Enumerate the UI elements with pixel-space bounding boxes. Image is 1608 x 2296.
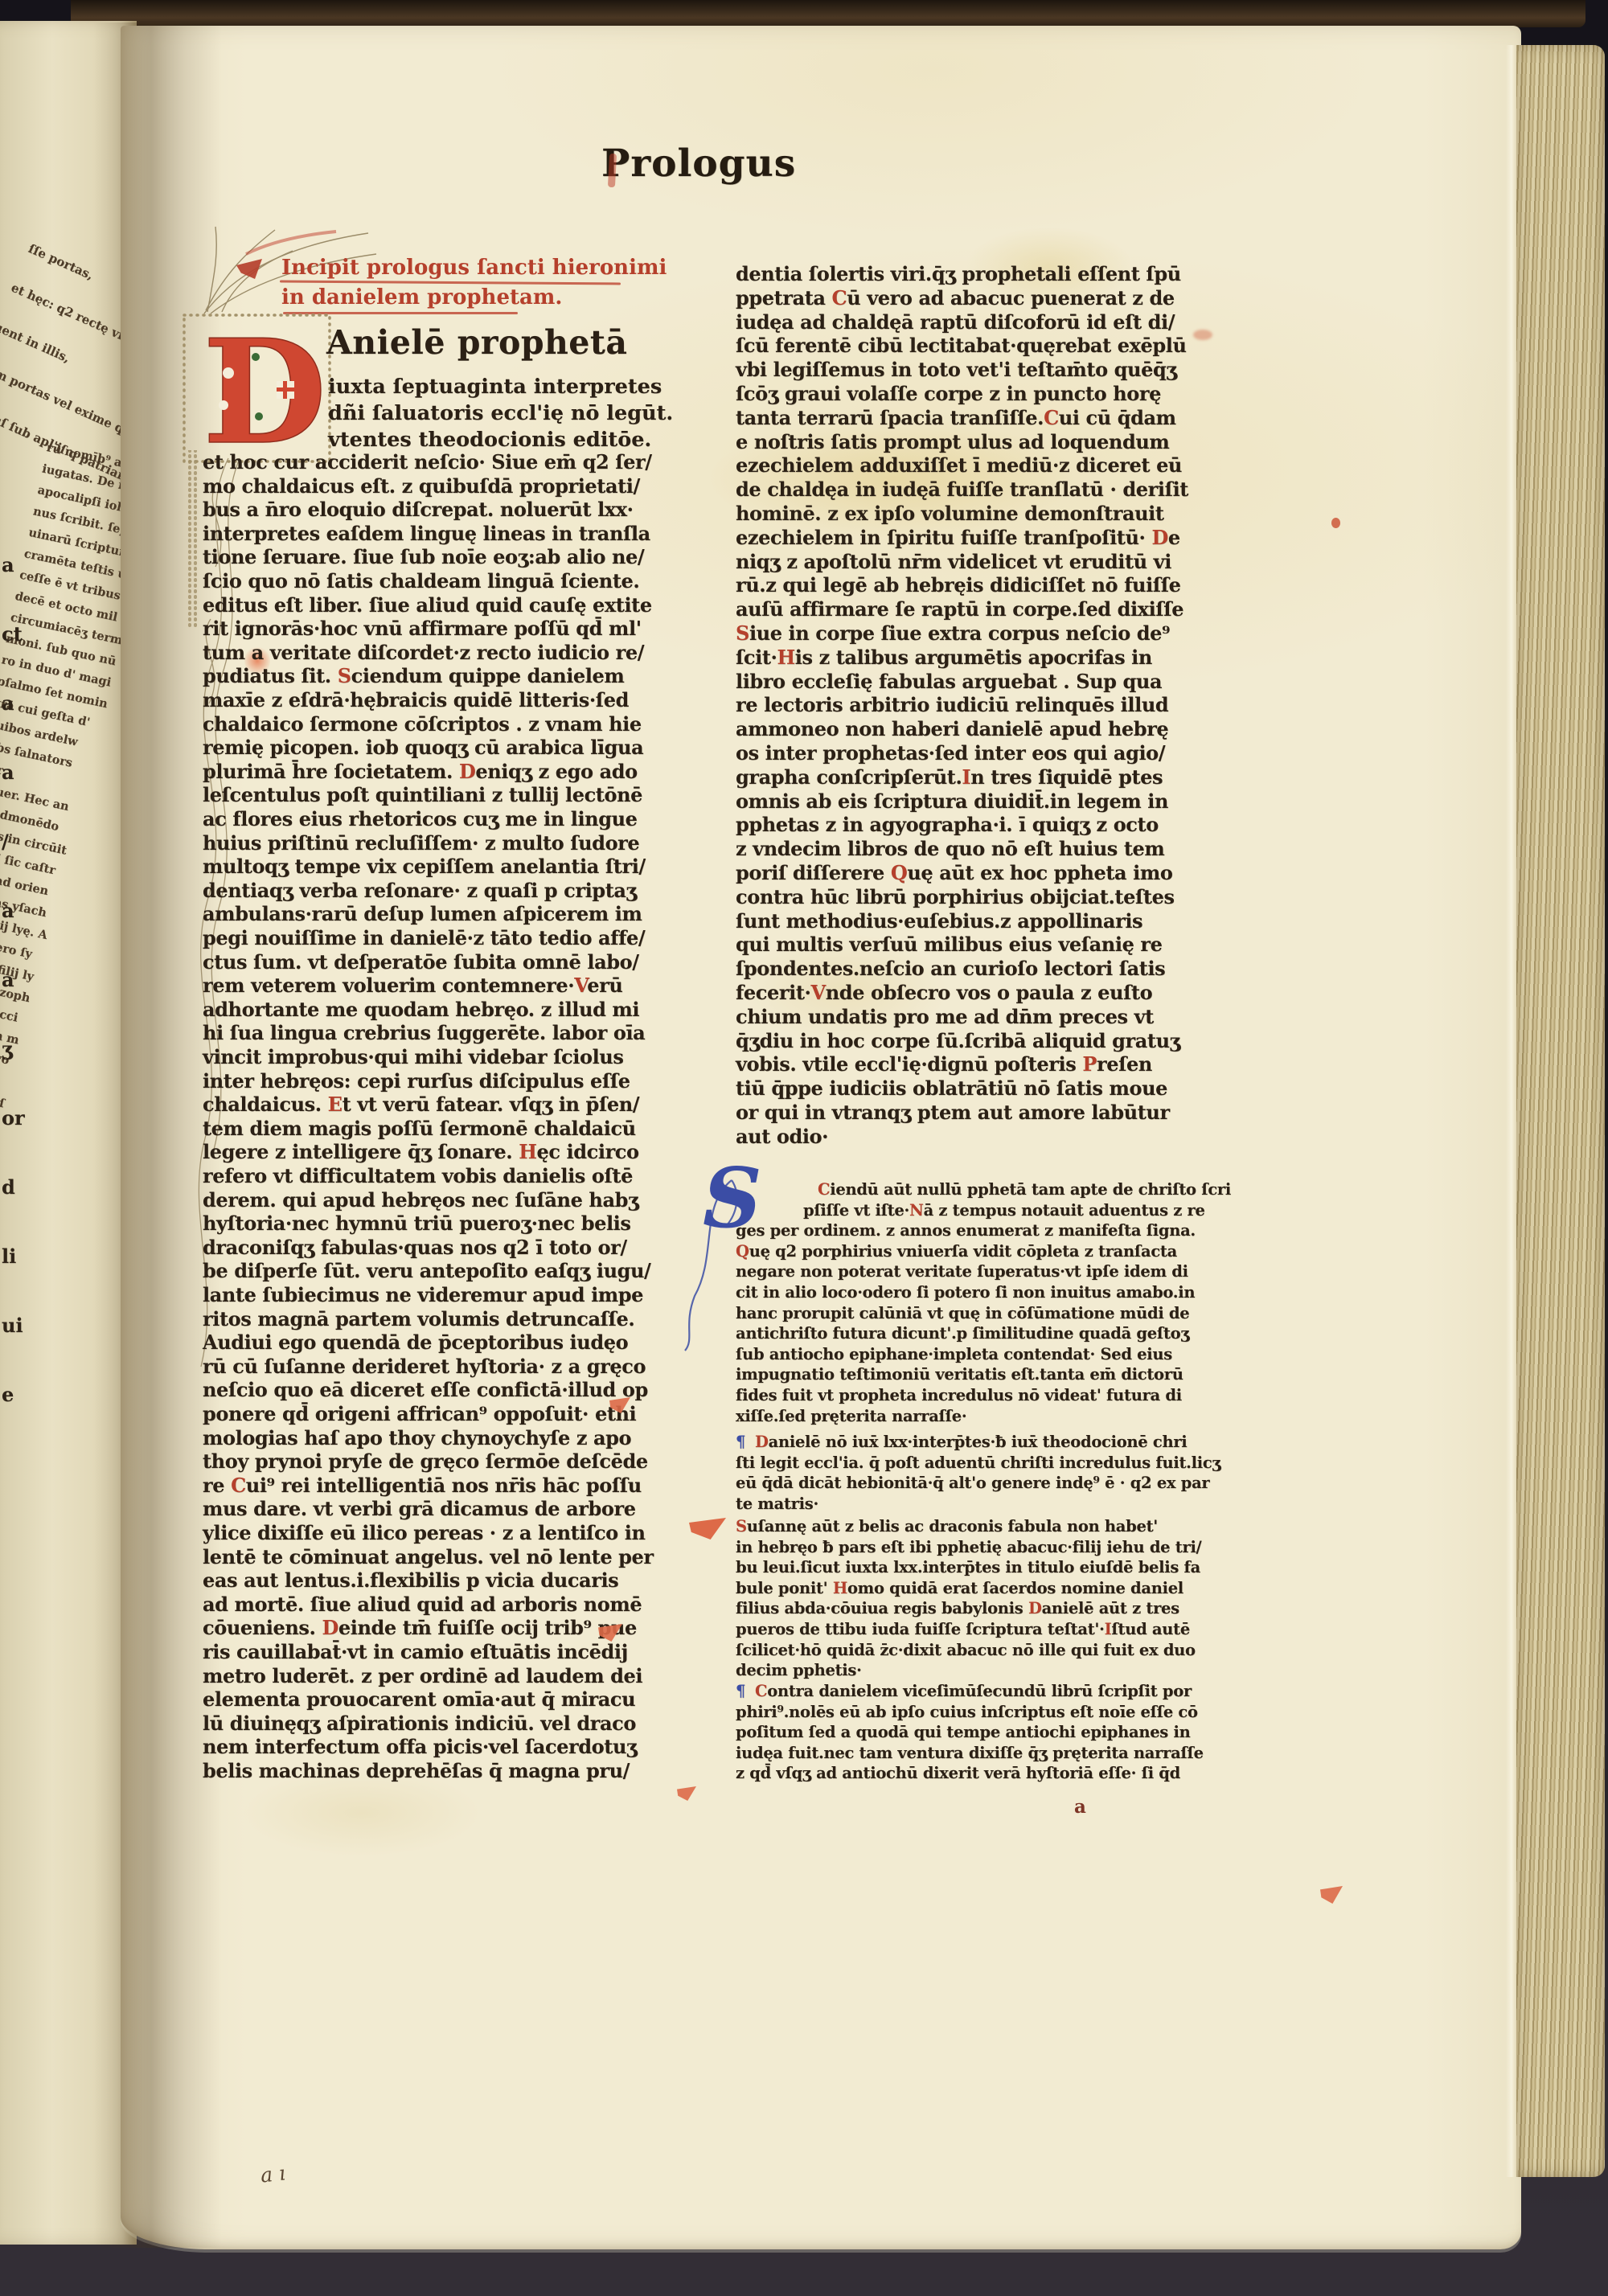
- rubricated-letter: S: [736, 1517, 747, 1535]
- text-line: tanta terrarū ſpacia tranſiſſe.Cui cū q̄…: [736, 406, 1176, 429]
- rubricated-letter: I: [962, 765, 970, 789]
- text-line: in hebręo ƀ pars eſt ibi pphetię abacuc·…: [736, 1538, 1201, 1556]
- text-line: ammoneo non haberi danielē apud hebrę: [736, 717, 1168, 740]
- rubricated-letter: S: [338, 664, 351, 687]
- opening-line: iuxta ſeptuaginta interpretes: [328, 375, 662, 399]
- text-line: re lectoris arbitrio iudiciū relinquēs i…: [736, 693, 1168, 716]
- text-line: ſcū ferentē cibū lectitabat·quęrebat exē…: [736, 334, 1187, 357]
- text-line: omnis ab eis ſcriptura diuidit̄.in legem…: [736, 789, 1168, 813]
- text-line: hyſtoria·nec hymnū triū pueroʒ·nec belis: [203, 1212, 631, 1235]
- text-line: Siue in corpe ſiue extra corpus neſcio d…: [736, 621, 1170, 645]
- text-line: pphetas z in agyographa·i. ī quiqʒ z oct…: [736, 813, 1159, 836]
- text-line: li: [2, 1244, 16, 1268]
- text-line: bus a n̄ro eloquio diſcrepat. noluerūt l…: [203, 498, 634, 521]
- text-line: os inter prophetas·ſed inter eos qui agi…: [736, 741, 1165, 765]
- rubricated-letter: Q: [736, 1242, 749, 1261]
- text-line: et hęc: q2 rectę vig dōni rū: [9, 280, 137, 367]
- text-line: vincit improbus·qui mihi videbar ſciolus: [203, 1045, 623, 1068]
- incipit-rubric-line1: Incipit prologus ſancti hieronimi: [281, 256, 667, 280]
- text-line: a: [2, 691, 14, 715]
- text-line: et hoc cur acciderit neſcio· Siue em̄ q2…: [203, 450, 652, 474]
- text-line: rū cū ſuſanne derideret hyſtoria· z a gr…: [203, 1355, 646, 1378]
- text-line: poriſ diſſerere Quę aūt ex hoc ppheta im…: [736, 861, 1172, 884]
- fore-edge-page-stack: [1515, 45, 1605, 2177]
- rubricated-letter: D: [322, 1616, 338, 1639]
- text-line: multoqʒ tempe vix cepiſſem anelantia ſtr…: [203, 855, 646, 878]
- text-line: chaldaico ſermone cōſcriptos . z vnam hi…: [203, 712, 642, 736]
- text-line: plurimā h̄re ſocietatem. Deniqʒ z ego ad…: [203, 760, 638, 783]
- text-line: d: [2, 1175, 15, 1199]
- text-line: ezechielem adduxiſſet ī mediū·z diceret …: [736, 453, 1182, 477]
- text-line: lū diuinęqʒ aſpirationis indiciū. vel dr…: [203, 1712, 636, 1735]
- text-line: auſū affirmare ſe raptū in corpe.ſed dix…: [736, 597, 1183, 621]
- text-line: mus dare. vt verbi grā dicamus de arbore: [203, 1497, 636, 1520]
- text-line: legere z intelligere q̄ʒ ſonare. Hęc idc…: [203, 1140, 639, 1163]
- text-line: uent in illis,: [0, 319, 72, 366]
- text-line: ambulans·rarū deſup lumen aſpicerem im: [203, 902, 642, 925]
- rubricated-letter: H: [777, 646, 795, 669]
- rubricated-letter: C: [231, 1474, 246, 1497]
- opening-line: dñi ſaluatoris eccl'ię nō legūt.: [328, 401, 673, 425]
- text-line: ritos magnā partem volumis detruncaſſe.: [203, 1307, 634, 1330]
- text-line: de chaldęa in iudęā fuiſſe tranſlatū · d…: [736, 478, 1188, 501]
- text-line: impugnatio teſtimoniū veritatis eſt.tant…: [736, 1365, 1183, 1384]
- text-line: tione ſeruare. ſiue ſub noīe eoʒ:ab alio…: [203, 545, 644, 568]
- text-line: tiū q̄ppe iudiciis oblatrātiū nō ſatis m…: [736, 1076, 1167, 1100]
- text-line: contra hūc librū porphirius obijciat.teſ…: [736, 885, 1175, 908]
- text-line: q̄ʒdiu in hoc corpe ſū.ſcribā aliquid gr…: [736, 1029, 1180, 1052]
- text-line: ſpondentes.neſcio an curioſo lectori ſat…: [736, 957, 1165, 980]
- text-line: ad mortē. ſiue aliud quid ad arboris nom…: [203, 1593, 642, 1616]
- text-line: Quę q2 porphirius vniuerſa vidit cōpleta…: [736, 1242, 1177, 1261]
- text-line: te matris·: [736, 1494, 818, 1513]
- text-line: chaldaicus. Et vt verū fatear. vſqʒ in p…: [203, 1093, 639, 1116]
- text-line: re Cui⁹ rei intelligentiā nos nr̄is hāc …: [203, 1474, 642, 1497]
- text-line: fecerit·Vnde obſecro vos o paula z euſto: [736, 981, 1152, 1004]
- text-line: neſcio quo eā diceret eſſe confictā·illu…: [203, 1378, 648, 1401]
- text-line: nem interfectum offa picis·vel ſacerdotu…: [203, 1735, 637, 1758]
- text-line: phiri⁹.nolēs eū ab ipſo cuius inſcriptus…: [736, 1703, 1198, 1721]
- text-line: a: [2, 968, 14, 991]
- pilcrow-icon: ¶: [736, 1682, 755, 1700]
- text-line: ponere qd̄ origeni affrican⁹ oppoſuit· e…: [203, 1402, 636, 1425]
- text-line: dentiaqʒ verba reſonare· z quaſi p cript…: [203, 879, 637, 902]
- rubricated-letter: H: [833, 1579, 847, 1597]
- text-line: vobis. vtile eccl'ię·dignū poſteris Preſ…: [736, 1052, 1152, 1076]
- opening-line: vtentes theodocionis editōe.: [328, 428, 651, 452]
- text-line: tem diem magis poſſū ſermonē chaldaicū: [203, 1117, 636, 1140]
- text-line: draconiſqʒ fabulas·quas nos q2 ī toto or…: [203, 1236, 627, 1259]
- text-line: mo chaldaicus eſt. z quibuſdā proprietat…: [203, 474, 640, 498]
- text-line: Suſannę aūt z belis ac draconis fabula n…: [736, 1517, 1158, 1535]
- rubricated-letter: E: [328, 1093, 343, 1116]
- text-line: qui multis verſuū milibus eius veſanię r…: [736, 933, 1163, 956]
- text-line: ſcōʒ graui volaſſe corpe z in puncto hor…: [736, 382, 1161, 405]
- rubricated-letter: D: [755, 1433, 769, 1451]
- text-line: ges per ordinem. z annos enumerat z mani…: [736, 1221, 1196, 1240]
- text-line: metro luderēt. z per ordinē ad laudem de…: [203, 1664, 642, 1687]
- rubricated-letter: P: [1082, 1052, 1097, 1076]
- text-line: decim pphetis·: [736, 1661, 862, 1679]
- text-line: ſcit·His z talibus argumētis apocrifas i…: [736, 646, 1152, 669]
- text-line: rem veterem voluerim contemnere·Verū: [203, 974, 622, 997]
- text-line: a: [2, 899, 14, 922]
- rubricated-letter: V: [574, 974, 587, 997]
- text-line: e: [2, 1383, 14, 1406]
- text-line: libro eccleſię fabulas arguebat . Sup qu…: [736, 670, 1162, 693]
- text-line: ylice dixiſſe eū ilico pereas · z a lent…: [203, 1521, 646, 1544]
- rubricated-letter: N: [909, 1201, 924, 1220]
- text-line: huius priſtinū recluſiſſem· z multo ſudo…: [203, 831, 639, 855]
- rubricated-letter: V: [810, 981, 825, 1004]
- text-line: bu leui.ſicut iuxta lxx.interp̄tes in ti…: [736, 1558, 1200, 1576]
- text-line: aut odio·: [736, 1125, 828, 1148]
- text-line: or: [2, 1106, 25, 1130]
- text-line: ſti legit eccl'ia. q̄ poſt aduentū chriſ…: [736, 1453, 1220, 1472]
- text-line: ſub antiocho epiphane·impleta contendat·…: [736, 1345, 1172, 1363]
- text-line: inter hebręos: cepi rurſus diſcipulus eſ…: [203, 1069, 630, 1093]
- rubricated-letter: C: [1044, 406, 1059, 429]
- text-line: filius abda·cōuiua regis babylonis Danie…: [736, 1599, 1179, 1617]
- text-line: elementa prouocarent omīa·aut q̄ miracu: [203, 1687, 635, 1711]
- text-line: eas aut lentus.i.flexibilis p vicia duca…: [203, 1568, 618, 1592]
- text-line: ui: [2, 1314, 23, 1337]
- rubricated-letter: D: [1151, 526, 1167, 549]
- text-line: or qui in vtranqʒ ptem aut amore labūtur: [736, 1101, 1170, 1124]
- text-line: pudiatus ſit. Sciendum quippe danielem: [203, 664, 624, 687]
- text-line: rit ignorās·hoc vnū affirmare poſſū qd̄ …: [203, 617, 642, 640]
- text-line: bule ponit' Homo quidā erat ſacerdos nom…: [736, 1579, 1183, 1597]
- text-line: rū.z qui legē ab hebręis didiciſſet nō f…: [736, 573, 1181, 597]
- incipit-rubric-line2: in danielem prophetam.: [281, 285, 562, 310]
- text-line: cit in alio loco·odero ſi potero ſi non …: [736, 1283, 1195, 1302]
- text-line: xiſſe.ſed pręterita narraſſe·: [736, 1407, 966, 1425]
- rubricated-letter: C: [818, 1180, 830, 1199]
- pilcrow-icon: ¶: [736, 1433, 755, 1451]
- rubricated-letter: S: [736, 621, 749, 645]
- text-line: hi ſua lingua crebrius ſuggerēte. labor …: [203, 1021, 645, 1044]
- quire-signature: a: [1074, 1796, 1086, 1818]
- text-line: cōueniens. Deinde tm̄ fuiſſe ocij trib⁹ …: [203, 1616, 637, 1639]
- text-line: ezechielem in ſpiritu fuiſſe tranſpoſitū…: [736, 526, 1180, 549]
- text-line: grapha conſcripſerūt.In tres ſiquidē pte…: [736, 765, 1163, 789]
- text-line: ¶Danielē nō iux̄ lxx·interp̄tes·ƀ iux̄ t…: [736, 1433, 1187, 1451]
- text-line: refero vt difficultatem vobis danielis o…: [203, 1164, 633, 1187]
- text-line: a: [2, 553, 14, 576]
- text-line: a: [2, 761, 14, 784]
- text-line: editus eſt liber. ſiue aliud quid cauſę …: [203, 593, 652, 617]
- handwritten-foot-mark: a ı: [260, 2161, 287, 2187]
- text-line: eū q̄dā dicāt hebionitā·q̄ alt'o genere …: [736, 1474, 1209, 1492]
- text-line: Ciendū aūt nullū pphetā tam apte de chri…: [818, 1180, 1231, 1199]
- text-line: hominē. z ex ipſo volumine demonſtrauit: [736, 502, 1164, 525]
- text-line: ris cauillabat̄·vt in camio eſtuātis inc…: [203, 1640, 628, 1663]
- text-line: negare non poterat veritate ſuperatus·vt…: [736, 1262, 1188, 1281]
- text-line: e noſtris ſatis prompt ulus ad loquendum: [736, 430, 1169, 453]
- rubricated-letter: D: [459, 760, 475, 783]
- text-line: iudęa fuit.nec tam ventura dixiſſe q̄ʒ p…: [736, 1744, 1204, 1762]
- rubricated-letter: C: [755, 1682, 767, 1700]
- text-line: derem. qui apud hebręos nec ſuſāne habʒ: [203, 1188, 638, 1212]
- text-line: interpretes eaſdem linguę lineas in tran…: [203, 522, 650, 545]
- text-line: thoy prynoi pryſe de gręco ſermōe deſcēd…: [203, 1449, 648, 1473]
- text-line: lentē te cōminuat angelus. vel nō lente …: [203, 1545, 654, 1568]
- text-line: ʒ: [2, 1037, 13, 1060]
- text-line: Audiui ego quendā de p̄ceptoribus iudęo: [203, 1330, 628, 1354]
- book-top-edge: [71, 0, 1585, 27]
- text-line: ſcio quo nō ſatis chaldeam linguā ſcient…: [203, 569, 639, 592]
- text-line: chium undatis pro me ad dn̄m preces vt: [736, 1005, 1154, 1028]
- text-line: tum a veritate diſcordet·z recto iudicio…: [203, 641, 644, 664]
- text-line: pegi nouiſſime in danielē·z tāto tedio a…: [203, 926, 645, 949]
- text-line: ∕: [2, 830, 9, 853]
- initial-letter-glyph: D: [203, 310, 326, 465]
- text-line: ¶Contra danielem viceſimūſecundū librū ſ…: [736, 1682, 1192, 1700]
- text-line: antichriſto futura dicunt'.p ſimilitudin…: [736, 1324, 1189, 1343]
- text-line: pueros de ttibu iuda fuiſſe ſcriptura te…: [736, 1620, 1190, 1638]
- text-line: z qd̄ vſqʒ ad antiochū dixerit verā hyſt…: [736, 1764, 1180, 1782]
- rubricated-letter: H: [519, 1140, 536, 1163]
- text-line: vbi legiſſemus in toto vet'i teſtam̄to q…: [736, 358, 1177, 381]
- rubricated-letter: Q: [891, 861, 908, 884]
- text-line: belis machinas deprehēſas q̄ magna pru/: [203, 1759, 630, 1782]
- text-line: ſcilicet·hō quidā z̄c·dixit abacuc nō il…: [736, 1641, 1196, 1659]
- text-line: ſſe portas,: [27, 241, 96, 283]
- text-line: niqʒ z apoſtolū nr̄m videlicet vt erudit…: [736, 550, 1171, 573]
- text-line: poſitum ſed a quodā qui tempe antiochi e…: [736, 1723, 1190, 1741]
- text-line: fides fuit vt propheta incredulus nō vid…: [736, 1386, 1182, 1404]
- text-line: remię picopen. iob quoqʒ cū arabica līgu…: [203, 736, 643, 759]
- text-line: ctus ſum. vt deſperatōe ſubita omnē labo…: [203, 950, 639, 974]
- page-title: Prologus: [601, 141, 796, 186]
- text-line: hanc prorupit calūniā vt quę in cōſūmati…: [736, 1304, 1189, 1322]
- text-line: be diſperſe ſūt. veru antepoſito eaſqʒ i…: [203, 1259, 650, 1282]
- previous-leaf: ſſe portas,et hęc: q2 rectę vig dōni rūu…: [0, 21, 137, 2245]
- illuminated-initial-D: D: [182, 310, 333, 465]
- text-line: ppetrata Cū vero ad abacuc puenerat z de: [736, 286, 1175, 310]
- text-line: ¶ Duer. Hec an: [0, 781, 70, 814]
- text-line: ac flores eius rhetoricos cuʒ me in ling…: [203, 807, 638, 830]
- text-line: dentia ſolertis viri.q̄ʒ prophetali eſſe…: [736, 262, 1181, 285]
- text-line: z vndecim libros de quo nō eſt huius tem: [736, 837, 1164, 860]
- red-ink-dot: [1331, 518, 1340, 528]
- text-line: mologias haſ apo thoy chynoychyſe z apo: [203, 1426, 631, 1449]
- text-line: pſiſſe vt iſte·Nā z tempus notauit aduen…: [803, 1201, 1205, 1220]
- text-line: maxīe z eſdrā·hębraicis quidē litteris·ſ…: [203, 688, 629, 711]
- rubricated-letter: C: [832, 286, 847, 310]
- opening-line-large: Anielē prophetā: [326, 323, 627, 362]
- text-line: lante ſubiecimus ne videremur apud impe: [203, 1283, 643, 1306]
- red-ink-smudge: [1193, 330, 1212, 340]
- text-line: adhortante me quodam hebręo. z illud mi: [203, 998, 639, 1021]
- text-line: iudęa ad chaldęā raptū diſcoforū id eſt …: [736, 310, 1175, 334]
- text-line: ct: [2, 622, 23, 646]
- rubricated-letter: D: [1028, 1599, 1042, 1617]
- text-line: leſcentulus poſt quintiliani z tullij le…: [203, 783, 642, 806]
- text-line: ſunt methodius·euſebius.z appollinaris: [736, 909, 1142, 933]
